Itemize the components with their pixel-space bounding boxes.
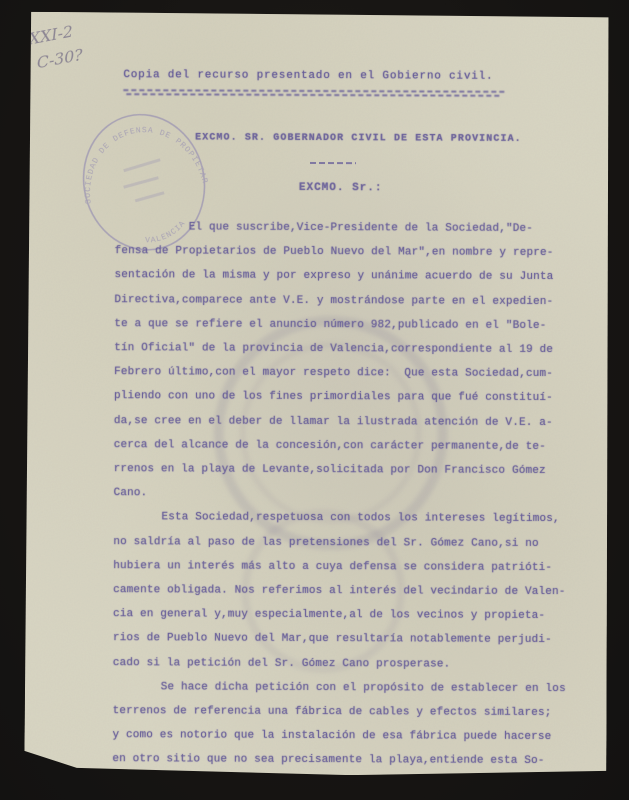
header-caption: Copia del recurso presentado en el Gobie… — [123, 69, 493, 83]
text-line: Cano. — [114, 481, 594, 507]
document-title: EXCMO. SR. GOBERNADOR CIVIL DE ESTA PROV… — [195, 132, 522, 144]
text-line: en otro sitio que no sea precisamente la… — [112, 748, 592, 774]
text-line: Directiva,comparece ante V.E. y mostránd… — [114, 288, 594, 314]
text-line: fensa de Propietarios de Pueblo Nuevo de… — [115, 239, 595, 265]
body-paragraph: El que suscribe,Vice-Presidente de la So… — [114, 215, 595, 508]
text-line: sentación de la misma y por expreso y un… — [114, 264, 594, 290]
text-line: rrenos en la playa de Levante,solicitada… — [114, 457, 594, 483]
salutation: EXCMO. Sr.: — [299, 182, 383, 194]
text-line: tín Oficial" de la provincia de Valencia… — [114, 336, 594, 362]
text-line: y como es notorio que la instalación de … — [112, 723, 592, 749]
text-line: camente obligada. Nos referimos al inter… — [113, 578, 593, 604]
text-line: te a que se refiere el anuncio número 98… — [114, 312, 594, 338]
text-line: Esta Sociedad,respetuosa con todos los i… — [113, 506, 593, 532]
text-line: Febrero último,con el mayor respeto dice… — [114, 360, 594, 386]
text-line: El que suscribe,Vice-Presidente de la So… — [115, 215, 595, 241]
text-line: Se hace dicha petición con el propósito … — [113, 675, 593, 701]
body-paragraph: Se hace dicha petición con el propósito … — [112, 675, 592, 774]
stamp-center-smudge — [119, 160, 168, 203]
text-line: da,se cree en el deber de llamar la ilus… — [114, 409, 594, 435]
text-line: no saldría al paso de las pretensiones d… — [113, 530, 593, 556]
photographed-document-scene: XXI-2 C-30? SOCIEDAD DE DEFENSA DE PROPI… — [0, 0, 629, 800]
body-paragraph: Esta Sociedad,respetuosa con todos los i… — [113, 506, 594, 678]
text-line: terrenos de referencia una fábrica de ca… — [113, 699, 593, 725]
handwritten-archive-note: XXI-2 C-30? — [28, 17, 84, 77]
title-rule — [310, 162, 356, 164]
text-line: pliendo con uno de los fines primordiale… — [114, 385, 594, 411]
text-line: hubiera un interés más alto a cuya defen… — [113, 554, 593, 580]
document-paper: XXI-2 C-30? SOCIEDAD DE DEFENSA DE PROPI… — [24, 12, 609, 777]
stamp-arc-top-text: SOCIEDAD DE DEFENSA DE PROPIETARIOS — [53, 89, 209, 217]
text-line: cia en general y,muy especialmente,al de… — [113, 602, 593, 628]
text-line: cado si la petición del Sr. Gómez Cano p… — [113, 651, 593, 677]
text-line: cerca del alcance de la concesión,con ca… — [114, 433, 594, 459]
document-body: El que suscribe,Vice-Presidente de la So… — [112, 215, 594, 774]
text-line: rios de Pueblo Nuevo del Mar,que resulta… — [113, 627, 593, 653]
